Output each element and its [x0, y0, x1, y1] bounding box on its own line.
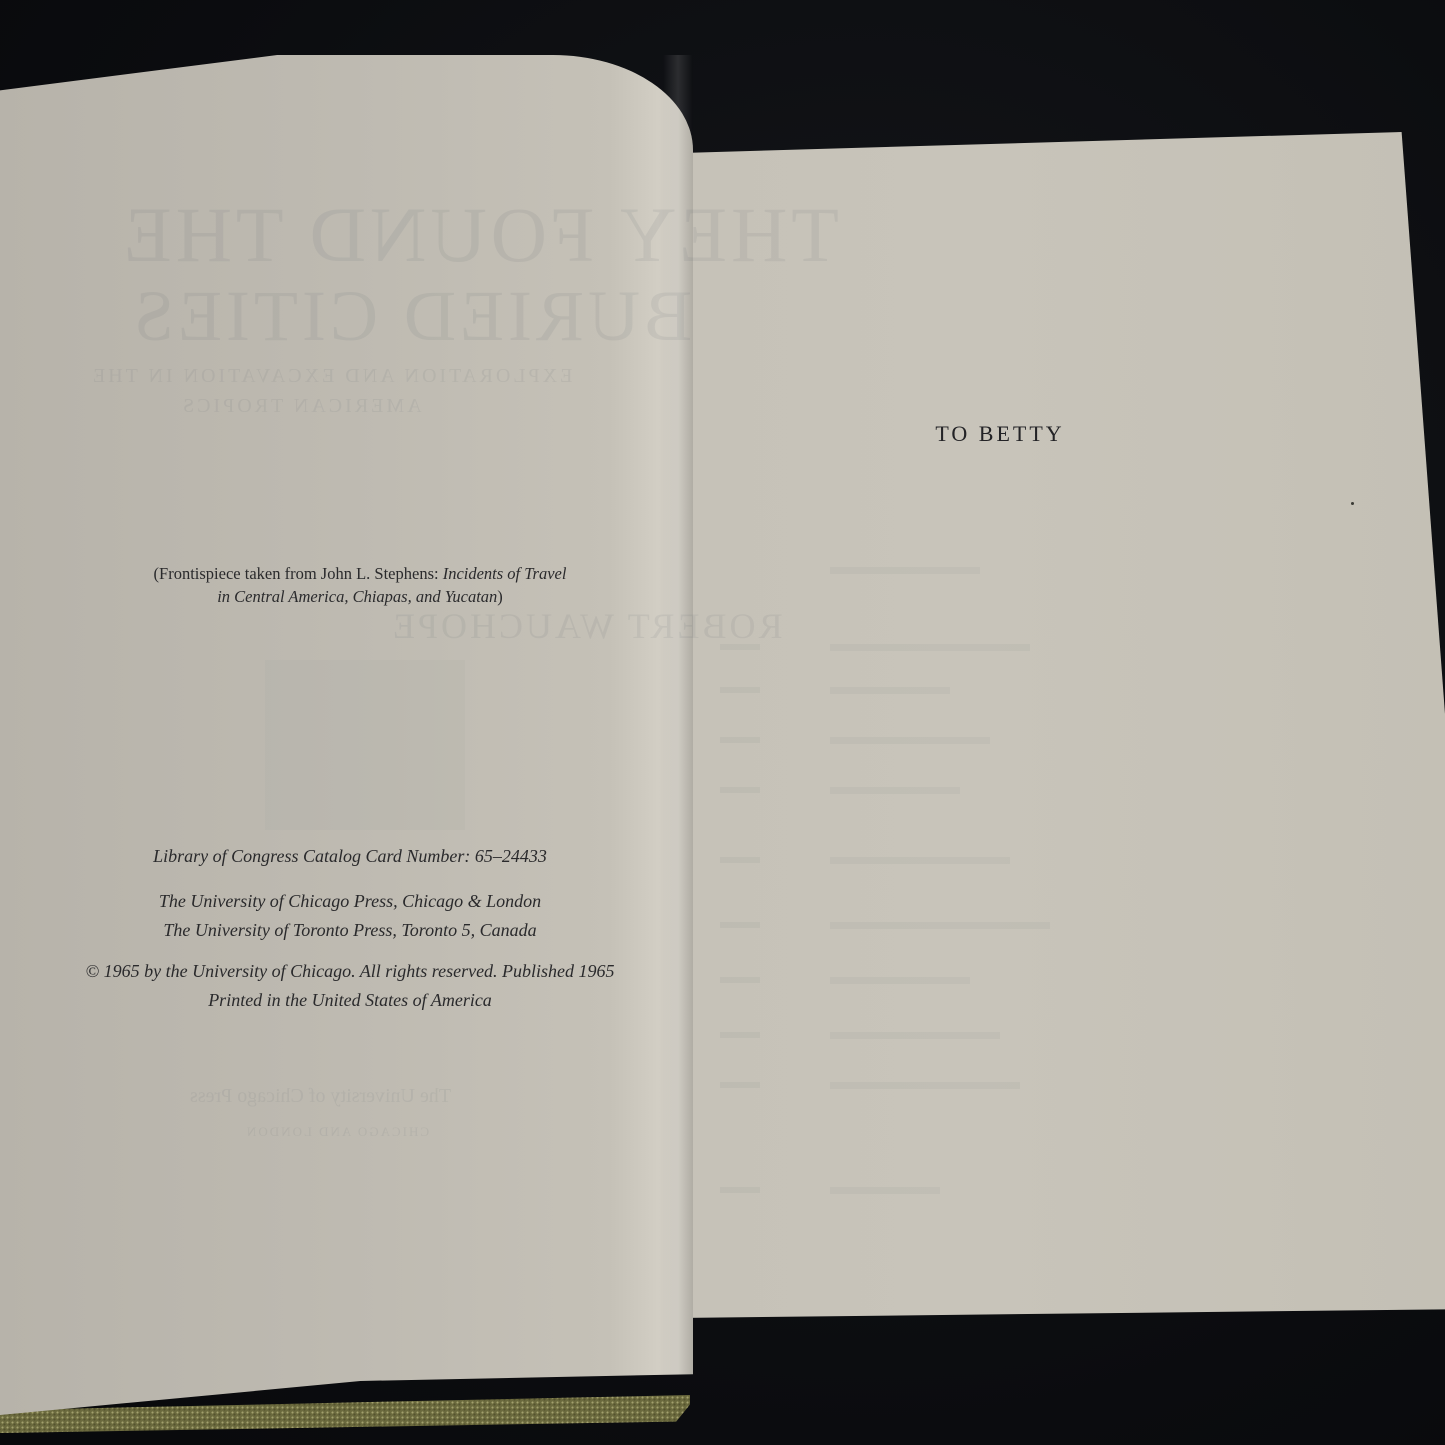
publisher-chicago: The University of Chicago Press, Chicago… — [40, 887, 660, 915]
dedication: TO BETTY — [900, 421, 1100, 447]
credit-title-part-2: in Central America, Chiapas, and Yucatan — [217, 587, 497, 606]
frontispiece-credit: (Frontispiece taken from John L. Stephen… — [110, 562, 610, 608]
frontispiece-credit-line-1: (Frontispiece taken from John L. Stephen… — [110, 562, 610, 585]
dedication-page — [648, 132, 1445, 1352]
book-photo-scene: THEY FOUND THE BURIED CITIES EXPLORATION… — [0, 0, 1445, 1445]
paper-speck — [1351, 502, 1354, 505]
copyright-page — [0, 55, 693, 1415]
copyright-notice: © 1965 by the University of Chicago. All… — [40, 957, 660, 985]
publisher-toronto: The University of Toronto Press, Toronto… — [40, 916, 660, 944]
credit-close-paren: ) — [497, 587, 503, 606]
lccn-line: Library of Congress Catalog Card Number:… — [40, 842, 660, 870]
credit-text: (Frontispiece taken from John L. Stephen… — [154, 564, 443, 583]
frontispiece-credit-line-2: in Central America, Chiapas, and Yucatan… — [110, 585, 610, 608]
credit-title-part-1: Incidents of Travel — [443, 564, 567, 583]
printed-in-line: Printed in the United States of America — [40, 986, 660, 1014]
